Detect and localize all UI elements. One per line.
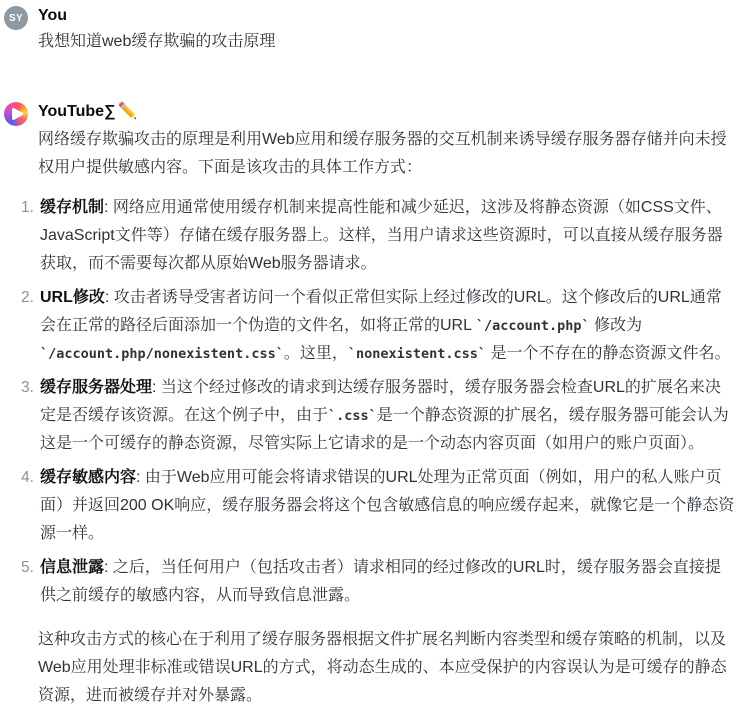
assistant-message-content: YouTube∑✏️ 网络缓存欺骗攻击的原理是利用Web应用和缓存服务器的交互机… [38, 100, 736, 710]
user-author-name: You [38, 4, 736, 28]
list-item-text: : 之后，当任何用户（包括攻击者）请求相同的经过修改的URL时，缓存服务器会直接… [40, 559, 721, 604]
list-item-text: : 网络应用通常使用缓存机制来提高性能和减少延迟，这涉及将静态资源（如CSS文件… [40, 199, 723, 272]
user-avatar: SY [4, 6, 28, 30]
pencil-icon: ✏️ [117, 103, 137, 120]
list-item: 2.URL修改: 攻击者诱导受害者访问一个看似正常但实际上经过修改的URL。这个… [40, 284, 736, 368]
user-message: SY You 我想知道web缓存欺骗的攻击原理 [0, 4, 746, 56]
list-item: 3.缓存服务器处理: 当这个经过修改的请求到达缓存服务器时，缓存服务器会检查UR… [40, 374, 736, 458]
assistant-outro-paragraph: 这种攻击方式的核心在于利用了缓存服务器根据文件扩展名判断内容类型和缓存策略的机制… [38, 626, 736, 710]
list-item-text: 修改为 [590, 317, 642, 334]
attack-steps-list: 1.缓存机制: 网络应用通常使用缓存机制来提高性能和减少延迟，这涉及将静态资源（… [38, 194, 736, 610]
inline-code: `/account.php/nonexistent.css` [40, 346, 284, 362]
list-item: 5.信息泄露: 之后，当任何用户（包括攻击者）请求相同的经过修改的URL时，缓存… [40, 554, 736, 610]
list-item-label: 信息泄露 [40, 559, 104, 576]
list-item-number: 4. [21, 464, 34, 492]
assistant-message: YouTube∑✏️ 网络缓存欺骗攻击的原理是利用Web应用和缓存服务器的交互机… [0, 100, 746, 710]
list-item-label: 缓存机制 [40, 199, 104, 216]
list-item-number: 5. [21, 554, 34, 582]
inline-code: `nonexistent.css` [348, 346, 486, 362]
assistant-name-text: YouTube∑ [38, 103, 115, 120]
list-item-number: 2. [21, 284, 34, 312]
chat-container: SY You 我想知道web缓存欺骗的攻击原理 YouTube∑✏️ 网络缓存欺… [0, 0, 746, 710]
list-item-text: 是一个不存在的静态资源文件名。 [486, 345, 730, 362]
list-item-label: 缓存服务器处理 [40, 379, 152, 396]
inline-code: `/account.php` [476, 318, 590, 334]
list-item: 4.缓存敏感内容: 由于Web应用可能会将请求错误的URL处理为正常页面（例如，… [40, 464, 736, 548]
user-message-content: You 我想知道web缓存欺骗的攻击原理 [38, 4, 736, 56]
list-item-text: 。这里， [284, 345, 348, 362]
assistant-author-name: YouTube∑✏️ [38, 100, 736, 124]
inline-code: `.css` [328, 408, 377, 424]
list-item-number: 3. [21, 374, 34, 402]
assistant-avatar [4, 102, 28, 126]
list-item: 1.缓存机制: 网络应用通常使用缓存机制来提高性能和减少延迟，这涉及将静态资源（… [40, 194, 736, 278]
list-item-label: 缓存敏感内容 [40, 469, 136, 486]
list-item-number: 1. [21, 194, 34, 222]
list-item-label: URL修改 [40, 289, 105, 306]
list-item-text: : 由于Web应用可能会将请求错误的URL处理为正常页面（例如，用户的私人账户页… [40, 469, 734, 542]
assistant-intro-paragraph: 网络缓存欺骗攻击的原理是利用Web应用和缓存服务器的交互机制来诱导缓存服务器存储… [38, 126, 736, 182]
play-icon [4, 102, 28, 126]
user-message-text: 我想知道web缓存欺骗的攻击原理 [38, 28, 736, 56]
